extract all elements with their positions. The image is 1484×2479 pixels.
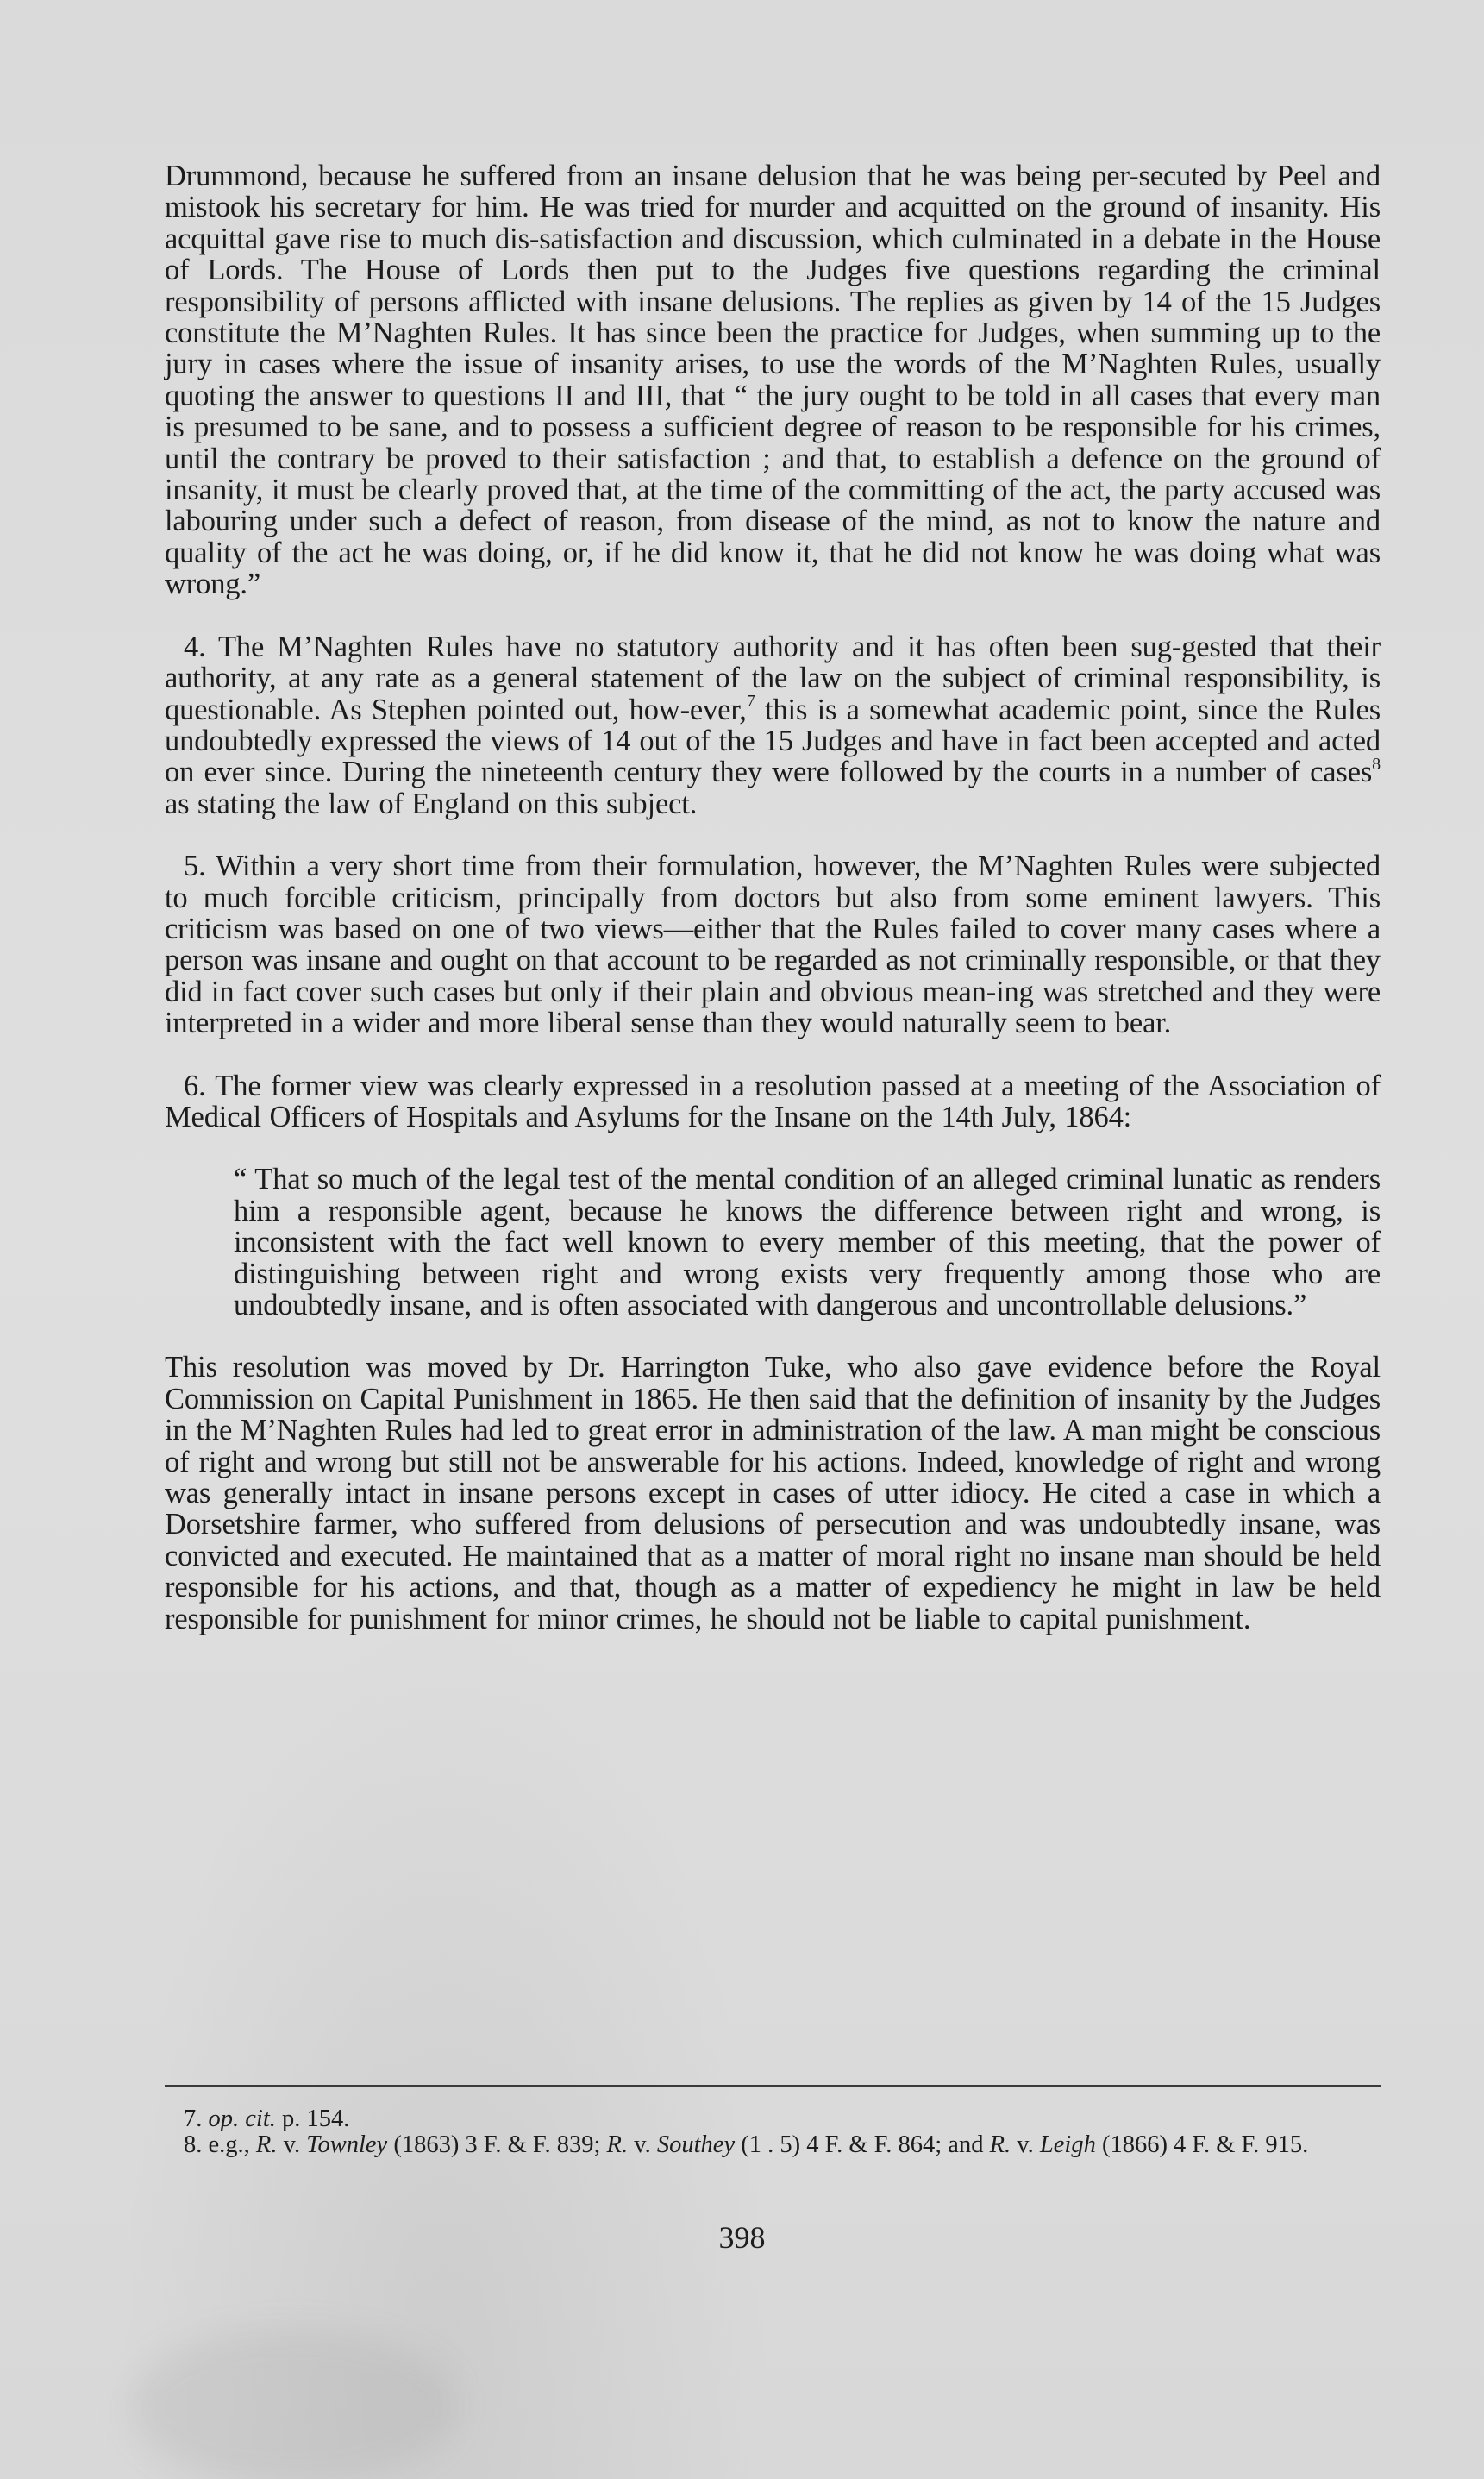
- paragraph-6: 6. The former view was clearly expressed…: [165, 1070, 1381, 1133]
- case-name: R.: [990, 2131, 1011, 2158]
- paragraph-6-continuation: This resolution was moved by Dr. Harring…: [165, 1352, 1381, 1635]
- citation-text: v.: [277, 2131, 306, 2158]
- case-name: Leigh: [1040, 2131, 1096, 2158]
- paragraph-continuation: Drummond, because he suffered from an in…: [165, 160, 1381, 600]
- footnote-text: p. 154.: [276, 2106, 350, 2132]
- case-name: R.: [256, 2131, 278, 2158]
- footnote-text: e.g., R. v. Townley (1863) 3 F. & F. 839…: [209, 2131, 1309, 2158]
- case-name: Townley: [306, 2131, 387, 2158]
- citation-text: v.: [628, 2131, 657, 2158]
- citation-text: (1866) 4 F. & F. 915.: [1096, 2131, 1308, 2158]
- footnote-number: 8.: [184, 2131, 202, 2158]
- resolution-blockquote: “ That so much of the legal test of the …: [234, 1164, 1381, 1321]
- page-number: 398: [0, 2220, 1484, 2255]
- footnote-number: 7.: [184, 2106, 202, 2132]
- paragraph-number: 4.: [184, 631, 206, 663]
- footnote-ref-7[interactable]: 7: [747, 692, 755, 711]
- case-name: R.: [607, 2131, 629, 2158]
- footnotes: 7. op. cit. p. 154. 8. e.g., R. v. Townl…: [165, 2106, 1389, 2158]
- page-body: Drummond, because he suffered from an in…: [165, 160, 1381, 1635]
- footnote-divider: [165, 2085, 1381, 2087]
- paragraph-text: The former view was clearly expressed in…: [165, 1070, 1381, 1133]
- paragraph-5: 5. Within a very short time from their f…: [165, 850, 1381, 1039]
- paragraph-4: 4. The M’Naghten Rules have no statutory…: [165, 631, 1381, 819]
- footnote-ref-8[interactable]: 8: [1372, 755, 1381, 774]
- footnote-italic: op. cit.: [209, 2106, 276, 2132]
- paragraph-text: as stating the law of England on this su…: [165, 788, 697, 820]
- case-name: Southey: [657, 2131, 735, 2158]
- footnote-7: 7. op. cit. p. 154.: [165, 2106, 1389, 2132]
- paragraph-number: 5.: [184, 850, 206, 882]
- citation-text: (1 . 5) 4 F. & F. 864; and: [735, 2131, 989, 2158]
- citation-text: (1863) 3 F. & F. 839;: [387, 2131, 606, 2158]
- paragraph-number: 6.: [184, 1070, 206, 1102]
- citation-text: v.: [1011, 2131, 1040, 2158]
- paper-smudge: [129, 2329, 457, 2479]
- footnote-8: 8. e.g., R. v. Townley (1863) 3 F. & F. …: [165, 2132, 1389, 2158]
- citation-text: e.g.,: [209, 2131, 256, 2158]
- paragraph-text: Within a very short time from their form…: [165, 850, 1381, 1039]
